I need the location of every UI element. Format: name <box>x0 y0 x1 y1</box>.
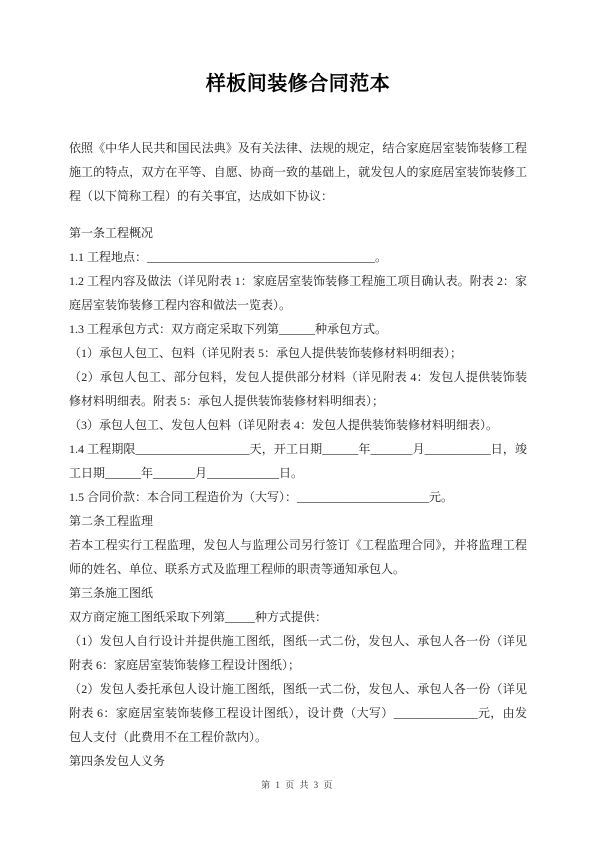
option-3-owner-materials: （3）承包人包工、发包人包料（详见附表 4：发包人提供装饰装修材料明细表）。 <box>69 413 527 437</box>
document-title: 样板间装修合同范本 <box>69 70 527 98</box>
item-1-5-price: 1.5 合同价款：本合同工程造价为（大写）：__________________… <box>69 485 527 509</box>
drawings-option-2: （2）发包人委托承包人设计施工图纸，图纸一式二份，发包人、承包人各一份（详见附表… <box>69 677 527 749</box>
option-1-labor-and-materials: （1）承包人包工、包料（详见附表 5：承包人提供装饰装修材料明细表）； <box>69 341 527 365</box>
clause-3-heading: 第三条施工图纸 <box>69 581 527 605</box>
page-number-footer: 第 1 页 共 3 页 <box>0 778 595 791</box>
item-1-2-scope: 1.2 工程内容及做法（详见附表 1：家庭居室装饰装修工程施工项目确认表。附表 … <box>69 269 527 317</box>
intro-paragraph: 依照《中华人民共和国民法典》及有关法律、法规的规定，结合家庭居室装饰装修工程施工… <box>69 136 527 208</box>
clause-2-heading: 第二条工程监理 <box>69 509 527 533</box>
item-1-1-location: 1.1 工程地点：_______________________________… <box>69 245 527 269</box>
clause-1-heading: 第一条工程概况 <box>69 221 527 245</box>
clause-2-supervision-paragraph: 若本工程实行工程监理，发包人与监理公司另行签订《工程监理合同》，并将监理工程师的… <box>69 533 527 581</box>
clause-4-heading: 第四条发包人义务 <box>69 749 527 773</box>
item-1-4-duration: 1.4 工程期限___________________天，开工日期______年… <box>69 437 527 485</box>
option-2-partial-materials: （2）承包人包工、部分包料，发包人提供部分材料（详见附表 4：发包人提供装饰装修… <box>69 365 527 413</box>
document-content: 样板间装修合同范本 依照《中华人民共和国民法典》及有关法律、法规的规定，结合家庭… <box>0 0 595 773</box>
drawings-option-1: （1）发包人自行设计并提供施工图纸，图纸一式二份，发包人、承包人各一份（详见附表… <box>69 629 527 677</box>
contract-document-page: 样板间装修合同范本 依照《中华人民共和国民法典》及有关法律、法规的规定，结合家庭… <box>0 0 595 841</box>
item-1-3-contract-mode: 1.3 工程承包方式：双方商定采取下列第______种承包方式。 <box>69 317 527 341</box>
clause-3-drawings-intro: 双方商定施工图纸采取下列第_____种方式提供： <box>69 605 527 629</box>
